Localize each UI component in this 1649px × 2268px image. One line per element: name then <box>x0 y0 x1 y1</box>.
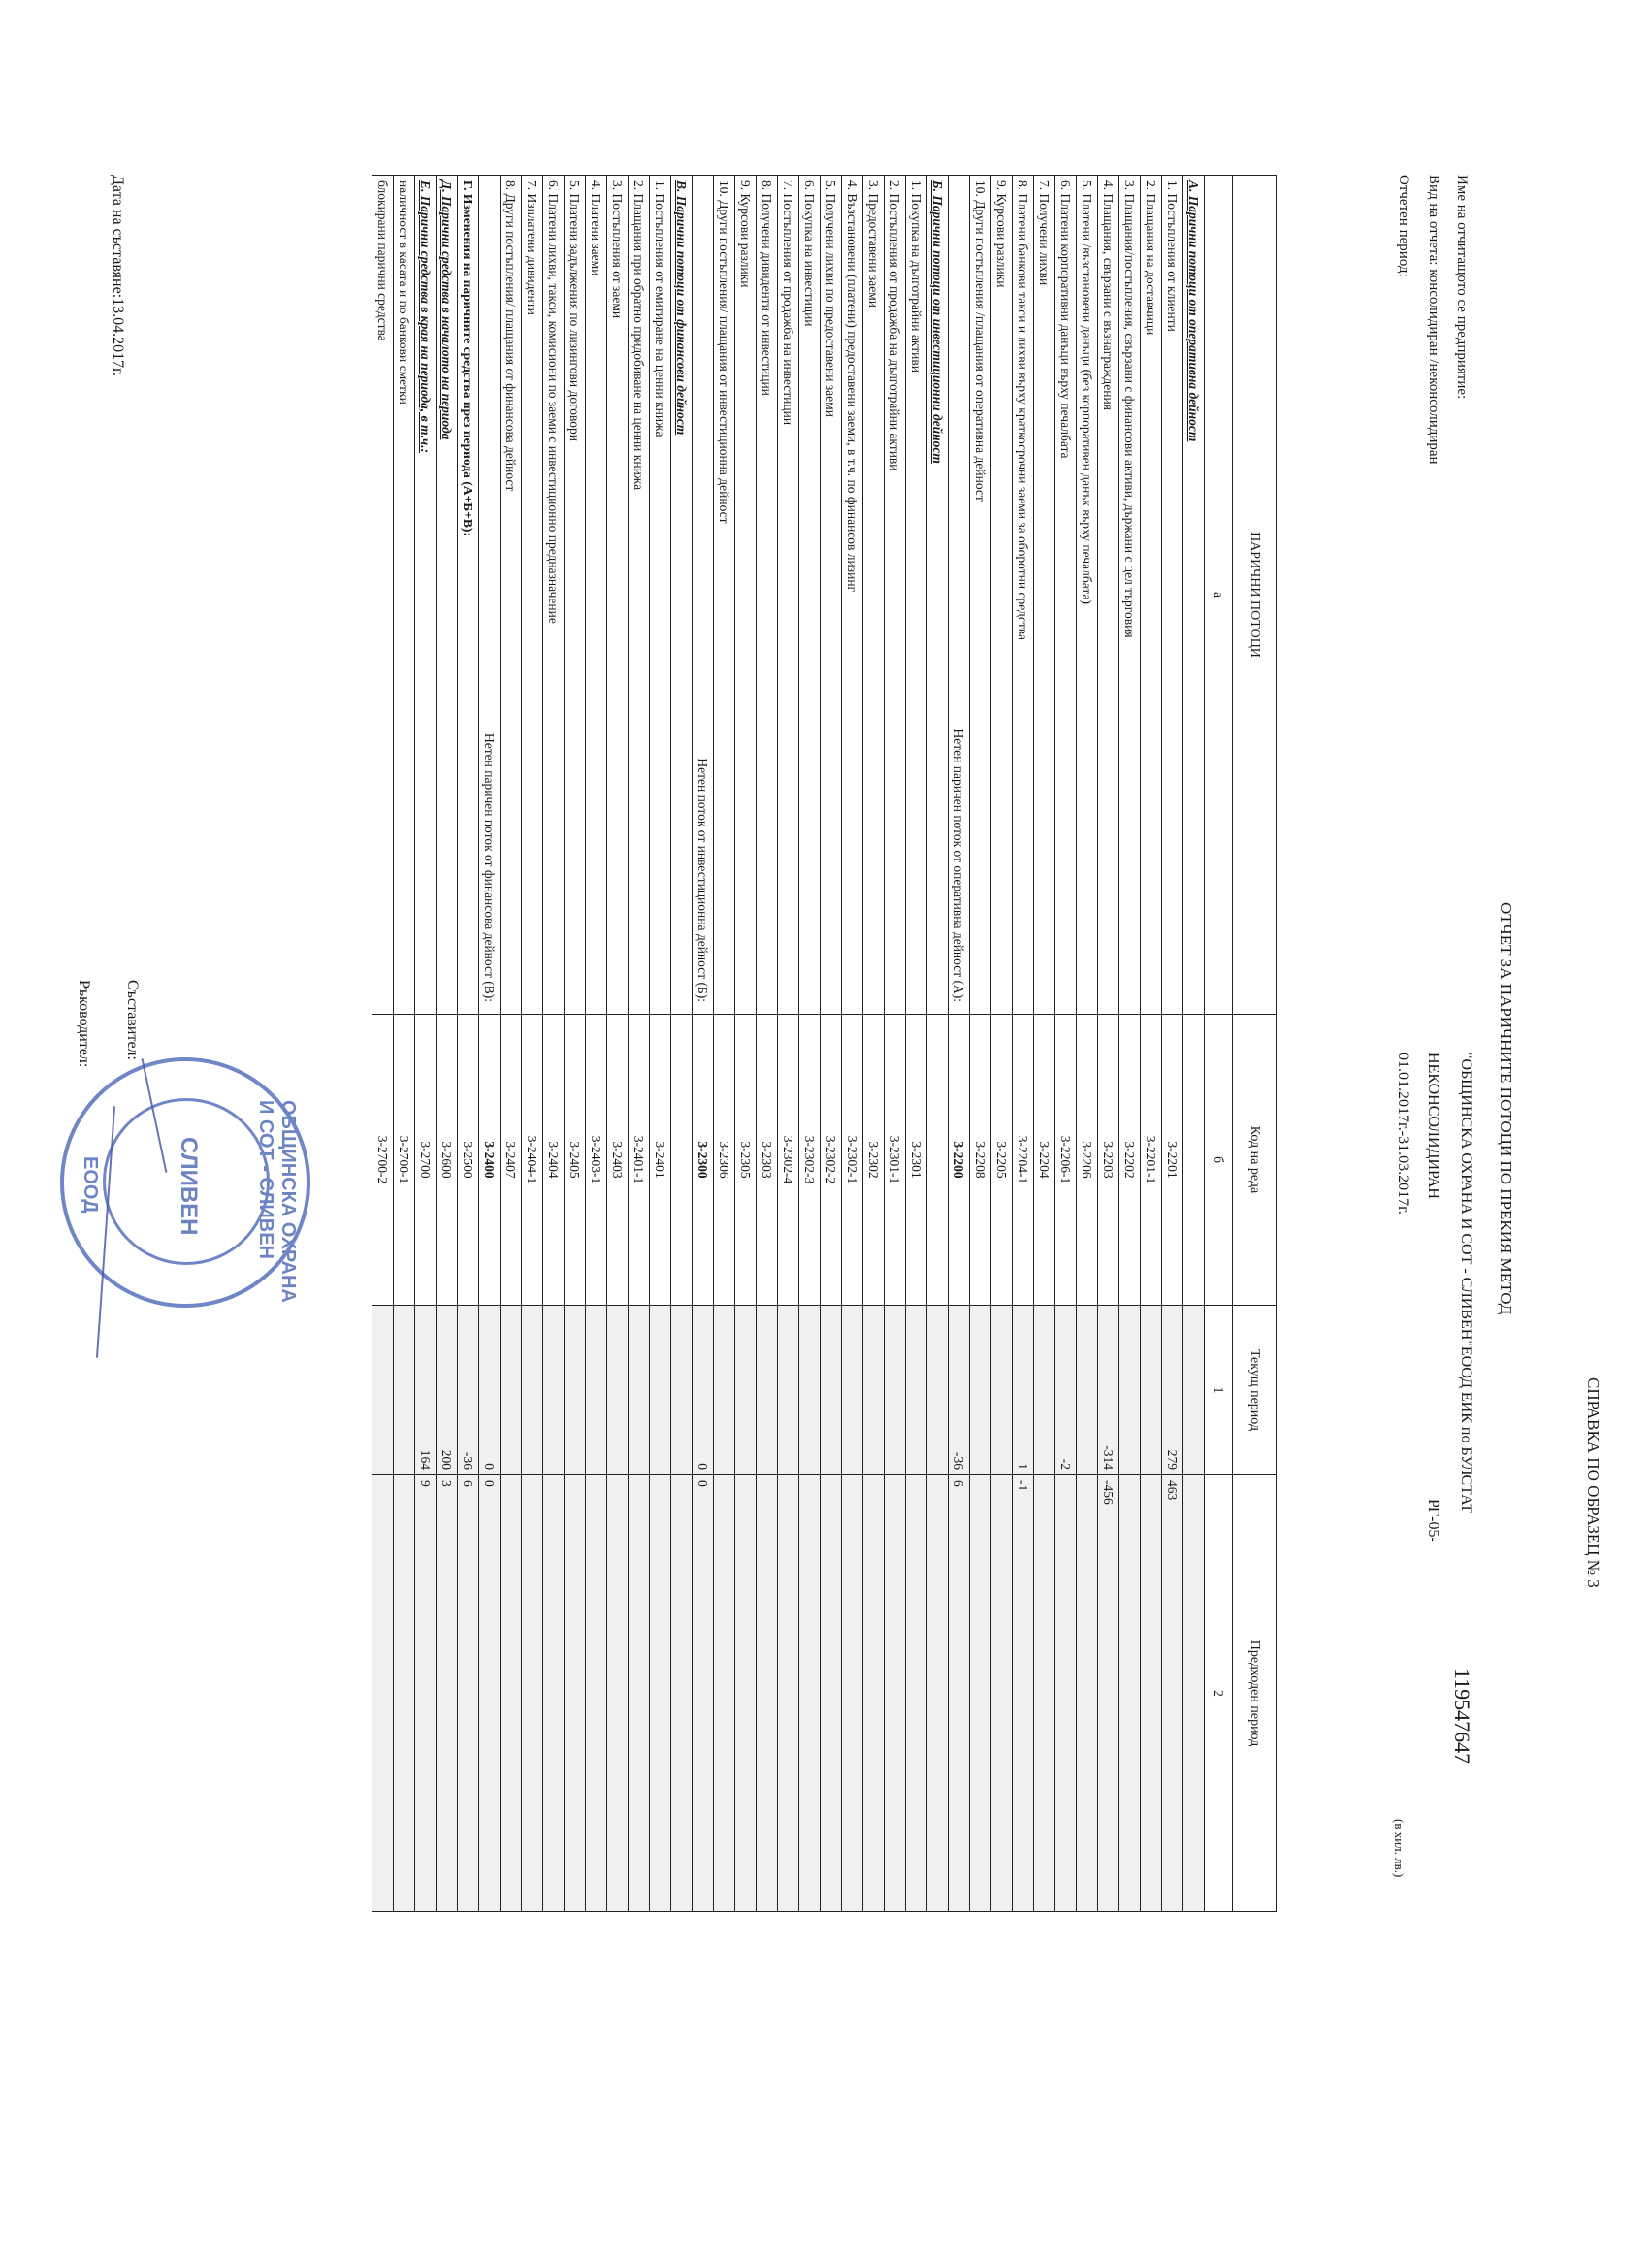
table-section-row: Б. Парични потоци от инвестиционни дейно… <box>927 176 949 1912</box>
row-label: В. Парични потоци от финансови дейност <box>671 176 693 1015</box>
row-previous-value: 3 <box>436 1475 458 1912</box>
row-previous-value: 6 <box>458 1475 479 1912</box>
row-label: блокирани парични средства <box>372 176 394 1015</box>
row-code: 3-2700-1 <box>394 1015 415 1306</box>
row-code: 3-2405 <box>565 1015 586 1306</box>
row-current-value <box>735 1306 757 1475</box>
table-row: 5. Получени лихви по предоставени заеми3… <box>821 176 842 1912</box>
row-code: 3-2400 <box>479 1015 501 1306</box>
column-index-1: 1 <box>1205 1306 1233 1475</box>
row-label: 3. Постъпления от заеми <box>607 176 629 1015</box>
row-label: Нетен паричен поток от финансова дейност… <box>479 176 501 1015</box>
row-previous-value <box>927 1475 949 1912</box>
row-code: 3-2401 <box>650 1015 671 1306</box>
row-current-value <box>799 1306 821 1475</box>
table-row: 4. Плащания, свързани с възнаграждения3-… <box>1098 176 1119 1912</box>
row-previous-value: 0 <box>693 1475 714 1912</box>
document-page: СПРАВКА ПО ОБРАЗЕЦ № 3 ОТЧЕТ ЗА ПАРИЧНИТ… <box>0 0 1649 2268</box>
units-label: (в хил. лв.) <box>1391 1819 1406 1877</box>
row-code: 3-2206-1 <box>1055 1015 1077 1306</box>
row-previous-value <box>1183 1475 1205 1912</box>
row-label: наличност в касата и по банкови сметки <box>394 176 415 1015</box>
row-code: 3-2305 <box>735 1015 757 1306</box>
row-current-value <box>543 1306 565 1475</box>
table-row: 3. Постъпления от заеми3-2403 <box>607 176 629 1912</box>
row-code: 3-2302-2 <box>821 1015 842 1306</box>
form-code: РГ-05- <box>1424 1499 1441 1542</box>
row-current-value <box>501 1306 522 1475</box>
row-previous-value <box>1119 1475 1141 1912</box>
stamp-text-top: ОБЩИНСКА ОХРАНА И СОТ - СЛИВЕН <box>254 1100 299 1304</box>
table-row: 6. Платени корпоративни данъци върху печ… <box>1055 176 1077 1912</box>
form-reference: СПРАВКА ПО ОБРАЗЕЦ № 3 <box>1583 1377 1602 1588</box>
table-body: А. Парични потоци от оперативна дейност1… <box>372 176 1205 1912</box>
row-current-value <box>842 1306 863 1475</box>
row-label: 5. Платени задължения по лизингови догов… <box>565 176 586 1015</box>
table-total-row: Нетен паричен поток от финансова дейност… <box>479 176 501 1912</box>
row-previous-value <box>863 1475 885 1912</box>
row-current-value <box>970 1306 991 1475</box>
column-index-a: а <box>1205 176 1233 1015</box>
row-current-value: 164 <box>415 1306 436 1475</box>
row-code: 3-2301 <box>906 1015 927 1306</box>
row-previous-value <box>885 1475 906 1912</box>
row-current-value <box>629 1306 650 1475</box>
row-label: 7. Получени лихви <box>1034 176 1055 1015</box>
row-label: 4. Платени заеми <box>586 176 607 1015</box>
row-current-value <box>906 1306 927 1475</box>
row-label: 1. Постъпления от емитиране на ценни кни… <box>650 176 671 1015</box>
period-value: 01.01.2017г.-31.03.2017г. <box>1394 1053 1411 1215</box>
row-current-value: -314 <box>1098 1306 1119 1475</box>
row-previous-value <box>522 1475 543 1912</box>
row-current-value <box>927 1306 949 1475</box>
row-label: 5. Платени /възстановени данъци (без кор… <box>1077 176 1098 1015</box>
row-current-value <box>607 1306 629 1475</box>
row-previous-value <box>501 1475 522 1912</box>
row-current-value <box>991 1306 1013 1475</box>
row-previous-value <box>372 1475 394 1912</box>
row-current-value <box>671 1306 693 1475</box>
row-label: 6. Платени лихви, такси, комисиони по за… <box>543 176 565 1015</box>
row-current-value <box>1183 1306 1205 1475</box>
table-section-row: В. Парични потоци от финансови дейност <box>671 176 693 1912</box>
table-row: блокирани парични средства3-2700-2 <box>372 176 394 1912</box>
company-name: "ОБЩИНСКА ОХРАНА И СОТ - СЛИВЕН"ЕООД ЕИК… <box>1457 1053 1474 1513</box>
row-label: 7. Изплатени дивиденти <box>522 176 543 1015</box>
row-previous-value <box>394 1475 415 1912</box>
table-row: 5. Платени задължения по лизингови догов… <box>565 176 586 1912</box>
row-label: 2. Плащания на доставчици <box>1141 176 1162 1015</box>
row-current-value: 279 <box>1162 1306 1183 1475</box>
row-previous-value: 6 <box>949 1475 970 1912</box>
row-label: Е. Парични средства в края на периода, в… <box>415 176 436 1015</box>
row-code: 3-2407 <box>501 1015 522 1306</box>
row-code: 3-2600 <box>436 1015 458 1306</box>
row-code: 3-2200 <box>949 1015 970 1306</box>
report-type-label: Вид на отчета: консолидиран /неконсолиди… <box>1425 175 1441 465</box>
table-total-row: Нетен поток от инвестиционна дейност (Б)… <box>693 176 714 1912</box>
row-code: 3-2201-1 <box>1141 1015 1162 1306</box>
row-label: 2. Плащания при обратно придобиване на ц… <box>629 176 650 1015</box>
manager-label: Ръководител: <box>75 980 92 1067</box>
row-previous-value <box>991 1475 1013 1912</box>
row-previous-value <box>607 1475 629 1912</box>
row-label: 1. Постъпления от клиенти <box>1162 176 1183 1015</box>
table-row: 4. Възстановени (платени) предоставени з… <box>842 176 863 1912</box>
column-header-current: Текущ период <box>1233 1306 1277 1475</box>
row-current-value <box>586 1306 607 1475</box>
eik-number: 119547647 <box>1449 1669 1474 1764</box>
row-label: 8. Други постъпления/ плащания от финанс… <box>501 176 522 1015</box>
row-current-value <box>565 1306 586 1475</box>
row-previous-value: -1 <box>1013 1475 1034 1912</box>
row-label: 7. Постъпления от продажба на инвестиции <box>778 176 799 1015</box>
row-code: 3-2404-1 <box>522 1015 543 1306</box>
row-label: 10. Други постъпления/ плащания от инвес… <box>714 176 735 1015</box>
row-previous-value: 0 <box>479 1475 501 1912</box>
row-current-value <box>1141 1306 1162 1475</box>
row-current-value: 0 <box>693 1306 714 1475</box>
row-label: 10. Други постъпления /плащания от опера… <box>970 176 991 1015</box>
row-previous-value <box>735 1475 757 1912</box>
row-previous-value <box>778 1475 799 1912</box>
table-row: 9. Курсови разлики3-2305 <box>735 176 757 1912</box>
row-code: 3-2205 <box>991 1015 1013 1306</box>
row-label: 4. Възстановени (платени) предоставени з… <box>842 176 863 1015</box>
row-code: 3-2202 <box>1119 1015 1141 1306</box>
row-previous-value: 463 <box>1162 1475 1183 1912</box>
row-label: 5. Получени лихви по предоставени заеми <box>821 176 842 1015</box>
row-label: 2. Постъпления от продажба на дълготрайн… <box>885 176 906 1015</box>
row-code: 3-2700-2 <box>372 1015 394 1306</box>
table-row: 2. Постъпления от продажба на дълготрайн… <box>885 176 906 1912</box>
row-current-value <box>650 1306 671 1475</box>
row-current-value <box>522 1306 543 1475</box>
row-previous-value <box>906 1475 927 1912</box>
table-row: 7. Изплатени дивиденти3-2404-1 <box>522 176 543 1912</box>
table-row: 8. Получени дивиденти от инвестиции3-230… <box>757 176 778 1912</box>
row-previous-value <box>757 1475 778 1912</box>
row-current-value <box>372 1306 394 1475</box>
report-title: ОТЧЕТ ЗА ПАРИЧНИТЕ ПОТОЦИ ПО ПРЕКИЯ МЕТО… <box>1496 902 1515 1314</box>
row-label: 9. Курсови разлики <box>735 176 757 1015</box>
row-label: Нетен поток от инвестиционна дейност (Б)… <box>693 176 714 1015</box>
row-code: 3-2303 <box>757 1015 778 1306</box>
row-label: 3. Плащания/постъпления, свързани с фина… <box>1119 176 1141 1015</box>
row-current-value: 0 <box>479 1306 501 1475</box>
row-label: 6. Покупка на инвестиции <box>799 176 821 1015</box>
period-label: Отчетен период: <box>1395 175 1411 277</box>
row-previous-value <box>1141 1475 1162 1912</box>
company-label: Име на отчитащото се предприятие: <box>1453 175 1470 399</box>
table-section-row: А. Парични потоци от оперативна дейност <box>1183 176 1205 1912</box>
row-label: 3. Предоставени заеми <box>863 176 885 1015</box>
row-code <box>671 1015 693 1306</box>
row-code: 3-2302 <box>863 1015 885 1306</box>
row-previous-value <box>842 1475 863 1912</box>
row-previous-value <box>1034 1475 1055 1912</box>
row-previous-value <box>543 1475 565 1912</box>
row-label: А. Парични потоци от оперативна дейност <box>1183 176 1205 1015</box>
row-previous-value <box>821 1475 842 1912</box>
table-total-row: Г. Изменения на паричните средства през … <box>458 176 479 1912</box>
row-current-value <box>394 1306 415 1475</box>
row-label: 1. Покупка на дълготрайни активи <box>906 176 927 1015</box>
row-code: 3-2404 <box>543 1015 565 1306</box>
row-current-value <box>1077 1306 1098 1475</box>
column-header-previous: Предходен период <box>1233 1475 1277 1912</box>
table-row: 4. Платени заеми3-2403-1 <box>586 176 607 1912</box>
row-code <box>1183 1015 1205 1306</box>
row-code: 3-2204-1 <box>1013 1015 1034 1306</box>
row-previous-value <box>565 1475 586 1912</box>
row-code: 3-2302-3 <box>799 1015 821 1306</box>
table-row: 1. Постъпления от клиенти3-2201279463 <box>1162 176 1183 1912</box>
column-header-cash-flows: ПАРИЧНИ ПОТОЦИ <box>1233 176 1277 1015</box>
row-current-value: 200 <box>436 1306 458 1475</box>
row-current-value <box>1034 1306 1055 1475</box>
row-code: 3-2203 <box>1098 1015 1119 1306</box>
company-stamp: ОБЩИНСКА ОХРАНА И СОТ - СЛИВЕН СЛИВЕН ЕО… <box>60 1057 310 1308</box>
row-code: 3-2500 <box>458 1015 479 1306</box>
table-row: 6. Платени лихви, такси, комисиони по за… <box>543 176 565 1912</box>
row-label: Д. Парични средства в началото на период… <box>436 176 458 1015</box>
row-previous-value <box>1077 1475 1098 1912</box>
row-code: 3-2403 <box>607 1015 629 1306</box>
table-row: 6. Покупка на инвестиции3-2302-3 <box>799 176 821 1912</box>
row-code: 3-2206 <box>1077 1015 1098 1306</box>
report-type-value: НЕКОНСОЛИДИРАН <box>1424 1053 1441 1199</box>
row-previous-value <box>586 1475 607 1912</box>
row-current-value <box>714 1306 735 1475</box>
row-code: 3-2208 <box>970 1015 991 1306</box>
row-previous-value <box>970 1475 991 1912</box>
row-current-value <box>885 1306 906 1475</box>
column-index-b: б <box>1205 1015 1233 1306</box>
row-code: 3-2403-1 <box>586 1015 607 1306</box>
row-code: 3-2201 <box>1162 1015 1183 1306</box>
table-row: 9. Курсови разлики3-2205 <box>991 176 1013 1912</box>
row-previous-value <box>629 1475 650 1912</box>
row-previous-value <box>1055 1475 1077 1912</box>
table-row: наличност в касата и по банкови сметки3-… <box>394 176 415 1912</box>
row-label: 4. Плащания, свързани с възнаграждения <box>1098 176 1119 1015</box>
row-current-value: -36 <box>949 1306 970 1475</box>
row-previous-value: -456 <box>1098 1475 1119 1912</box>
table-row: 2. Плащания при обратно придобиване на ц… <box>629 176 650 1912</box>
table-row: 2. Плащания на доставчици3-2201-1 <box>1141 176 1162 1912</box>
row-label: 6. Платени корпоративни данъци върху печ… <box>1055 176 1077 1015</box>
column-header-code: Код на реда <box>1233 1015 1277 1306</box>
row-current-value <box>863 1306 885 1475</box>
row-code: 3-2302-4 <box>778 1015 799 1306</box>
compilation-date: Дата на съставяне:13.04.2017г. <box>109 175 126 376</box>
table-row: 10. Други постъпления/ плащания от инвес… <box>714 176 735 1912</box>
row-current-value <box>757 1306 778 1475</box>
table-row: 8. Платени банкови такси и лихви върху к… <box>1013 176 1034 1912</box>
table-row: 5. Платени /възстановени данъци (без кор… <box>1077 176 1098 1912</box>
row-label: 9. Курсови разлики <box>991 176 1013 1015</box>
row-label: Б. Парични потоци от инвестиционни дейно… <box>927 176 949 1015</box>
row-code: 3-2401-1 <box>629 1015 650 1306</box>
cash-flow-table: ПАРИЧНИ ПОТОЦИ Код на реда Текущ период … <box>372 175 1277 1912</box>
table-row: 7. Получени лихви3-2204 <box>1034 176 1055 1912</box>
row-code <box>927 1015 949 1306</box>
row-current-value: 1 <box>1013 1306 1034 1475</box>
table-row: 7. Постъпления от продажба на инвестиции… <box>778 176 799 1912</box>
table-row: 3. Предоставени заеми3-2302 <box>863 176 885 1912</box>
row-current-value <box>1119 1306 1141 1475</box>
column-index-2: 2 <box>1205 1475 1233 1912</box>
row-label: 8. Получени дивиденти от инвестиции <box>757 176 778 1015</box>
table-section-row: Е. Парични средства в края на периода, в… <box>415 176 436 1912</box>
row-current-value <box>821 1306 842 1475</box>
row-label: 8. Платени банкови такси и лихви върху к… <box>1013 176 1034 1015</box>
row-current-value <box>778 1306 799 1475</box>
row-code: 3-2300 <box>693 1015 714 1306</box>
row-current-value: -36 <box>458 1306 479 1475</box>
row-label: Нетен паричен поток от оперативна дейнос… <box>949 176 970 1015</box>
table-row: 3. Плащания/постъпления, свързани с фина… <box>1119 176 1141 1912</box>
compiler-label: Съставител: <box>123 980 141 1060</box>
table-row: 1. Постъпления от емитиране на ценни кни… <box>650 176 671 1912</box>
stamp-text-center: СЛИВЕН <box>175 1137 202 1236</box>
row-code: 3-2204 <box>1034 1015 1055 1306</box>
row-code: 3-2306 <box>714 1015 735 1306</box>
row-label: Г. Изменения на паричните средства през … <box>458 176 479 1015</box>
row-code: 3-2302-1 <box>842 1015 863 1306</box>
row-code: 3-2301-1 <box>885 1015 906 1306</box>
table-total-row: Нетен паричен поток от оперативна дейнос… <box>949 176 970 1912</box>
row-previous-value <box>714 1475 735 1912</box>
row-current-value: -2 <box>1055 1306 1077 1475</box>
row-previous-value <box>671 1475 693 1912</box>
table-row: 8. Други постъпления/ плащания от финанс… <box>501 176 522 1912</box>
row-code: 3-2700 <box>415 1015 436 1306</box>
row-previous-value <box>799 1475 821 1912</box>
row-previous-value <box>650 1475 671 1912</box>
stamp-text-bottom: ЕООД <box>79 1156 101 1213</box>
table-row: 1. Покупка на дълготрайни активи3-2301 <box>906 176 927 1912</box>
table-section-row: Д. Парични средства в началото на период… <box>436 176 458 1912</box>
row-previous-value: 9 <box>415 1475 436 1912</box>
table-row: 10. Други постъпления /плащания от опера… <box>970 176 991 1912</box>
